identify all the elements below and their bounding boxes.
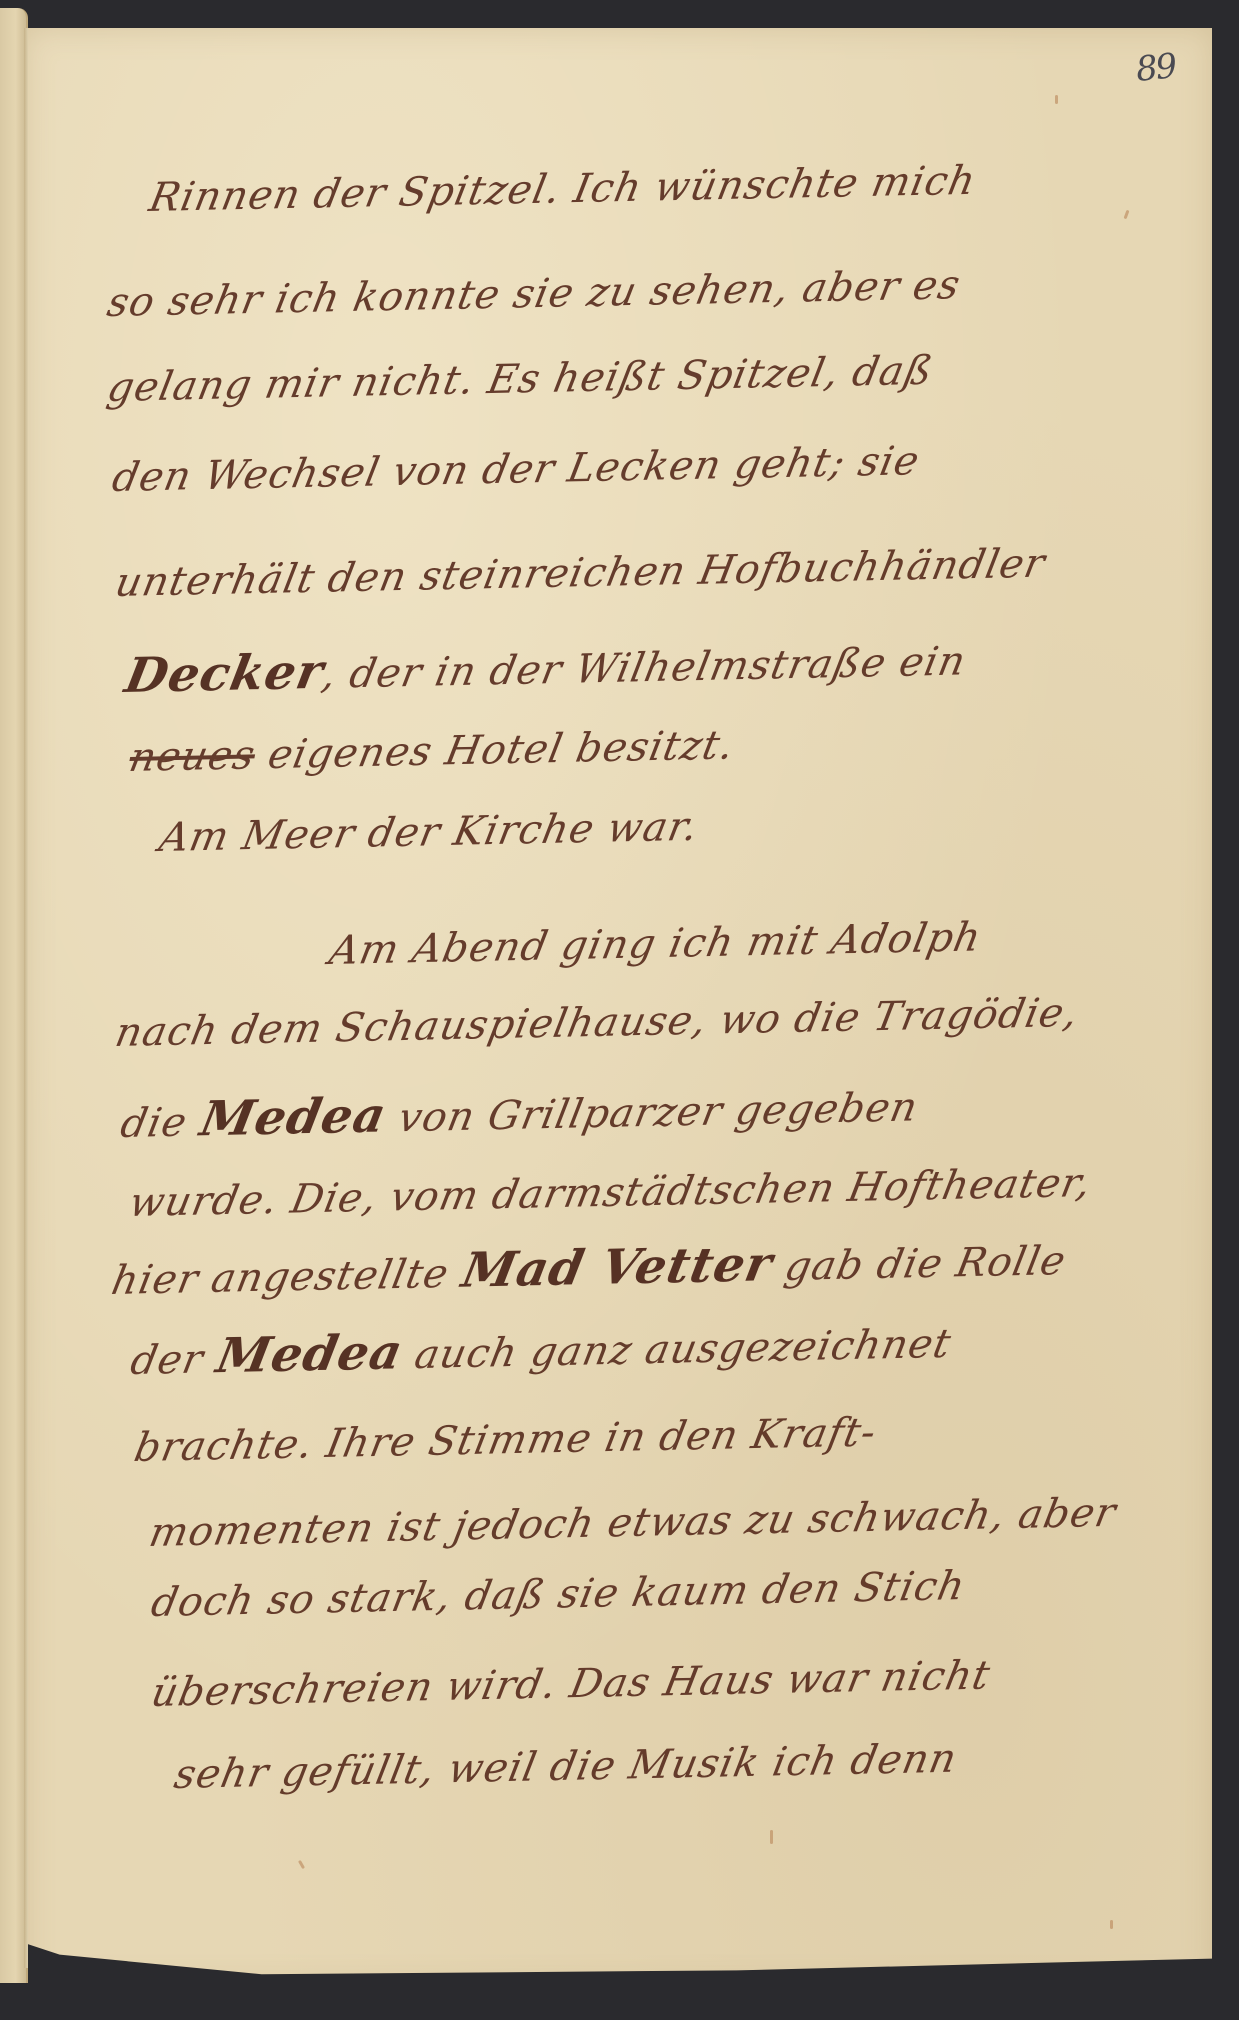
emphasized-name: Decker bbox=[121, 644, 329, 704]
folio-number: 89 bbox=[1134, 46, 1177, 90]
manuscript-scan: 89 Rinnen der Spitzel. Ich wünschte mich… bbox=[0, 0, 1239, 2020]
binding-gutter bbox=[24, 28, 28, 1968]
paper-speck bbox=[1055, 95, 1058, 104]
struck-word: neues bbox=[126, 732, 260, 781]
paper-speck bbox=[770, 1830, 773, 1844]
emphasized-name: Medea bbox=[212, 1324, 407, 1384]
emphasized-name: Medea bbox=[196, 1088, 391, 1148]
paper-speck bbox=[1110, 1920, 1113, 1929]
emphasized-name: Mad Vetter bbox=[457, 1236, 777, 1298]
